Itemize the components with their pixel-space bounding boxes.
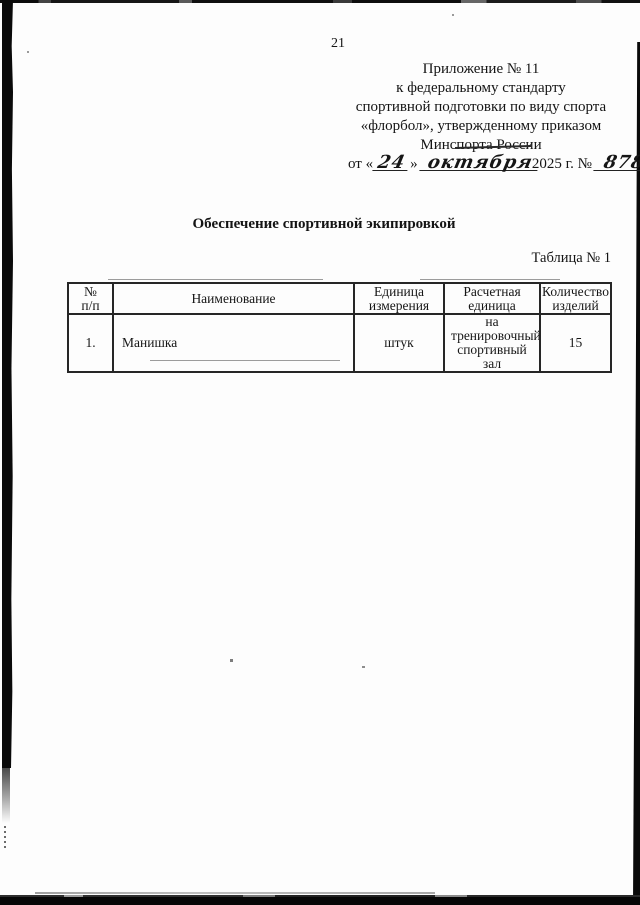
col-header-calc-line2: единица (445, 299, 539, 313)
col-header-num-line1: № (69, 285, 112, 299)
cell-calc-unit: на тренировочный спортивный зал (444, 314, 540, 372)
col-header-unit: Единица измерения (354, 283, 444, 314)
handwritten-number: 878 (593, 155, 640, 171)
table-header-row: № п/п Наименование Единица измерения Рас… (68, 283, 611, 314)
handwritten-day: 24 (372, 155, 410, 171)
document-title: Обеспечение спортивной экипировкой (68, 216, 580, 233)
scan-edge-left-fade (2, 768, 10, 823)
col-header-qty: Количество изделий (540, 283, 611, 314)
scan-edge-bottom (0, 897, 640, 905)
col-header-calc: Расчетная единица (444, 283, 540, 314)
scan-edge-top (0, 0, 640, 3)
scan-ghost-line (108, 279, 323, 280)
col-header-unit-line2: измерения (355, 299, 443, 313)
appendix-line-1: Приложение № 11 (348, 60, 614, 79)
col-header-qty-line1: Количество (541, 285, 610, 299)
col-header-name: Наименование (113, 283, 354, 314)
scan-speck (362, 666, 365, 668)
cell-unit: штук (354, 314, 444, 372)
page-number: 21 (331, 36, 345, 52)
cell-row-number: 1. (68, 314, 113, 372)
document-page: 21 Приложение № 11 к федеральному станда… (0, 0, 640, 905)
scan-edge-left (2, 0, 13, 768)
scan-speck (27, 51, 29, 53)
appendix-block: Приложение № 11 к федеральному стандарту… (348, 60, 614, 174)
col-header-num: № п/п (68, 283, 113, 314)
handwritten-month: октября (420, 155, 542, 171)
scan-edge-bottom-rough (0, 895, 640, 897)
appendix-line-3: спортивной подготовки по виду спорта (348, 98, 614, 117)
scan-ghost-line (420, 279, 560, 280)
appendix-line-4: «флорбол», утвержденному приказом (348, 117, 614, 136)
col-header-calc-line1: Расчетная (445, 285, 539, 299)
scan-edge-left-dots (4, 826, 6, 848)
appendix-date-line: от «24» октября2025 г. №878 (348, 155, 614, 174)
appendix-line-2: к федеральному стандарту (348, 79, 614, 98)
scan-speck (452, 14, 454, 16)
table-row: 1. Манишка штук на тренировочный спортив… (68, 314, 611, 372)
cell-item-name: Манишка (113, 314, 354, 372)
date-year-text: 2025 г. № (532, 156, 592, 172)
col-header-unit-line1: Единица (355, 285, 443, 299)
col-header-num-line2: п/п (69, 299, 112, 313)
date-close-quote: » (410, 156, 418, 172)
scan-speck (230, 659, 233, 662)
table-label: Таблица № 1 (68, 250, 611, 267)
cell-quantity: 15 (540, 314, 611, 372)
scan-smudge (35, 892, 435, 894)
equipment-table: № п/п Наименование Единица измерения Рас… (67, 282, 612, 373)
col-header-qty-line2: изделий (541, 299, 610, 313)
date-prefix: от « (348, 156, 373, 172)
